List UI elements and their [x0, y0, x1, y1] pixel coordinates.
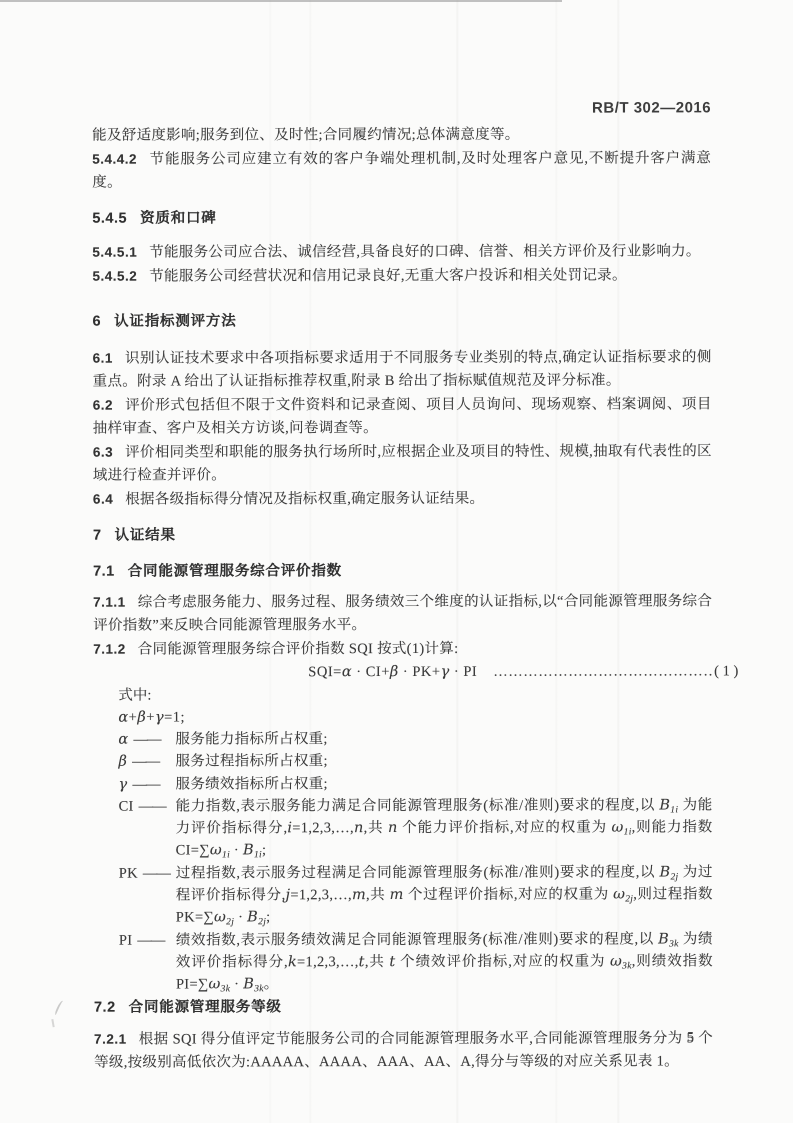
heading-number: 5.4.5 [92, 211, 127, 227]
term-dash: —— [143, 865, 170, 881]
page-number: 5 [687, 1030, 694, 1046]
definition-beta: β—— 服务过程指标所占权重; [118, 750, 712, 774]
formula-dot-leader: ……………………………………………… [493, 660, 714, 683]
paragraph-continuation: 能及舒适度影响;服务到位、及时性;合同履约情况;总体满意度等。 [92, 123, 711, 147]
scanned-document-page: RB/T 302—2016 能及舒适度影响;服务到位、及时性;合同履约情况;总体… [0, 0, 793, 1123]
definition-term: α—— [118, 729, 160, 751]
term-symbol: PK [119, 865, 138, 881]
clause-text: 识别认证技术要求中各项指标要求适用于不同服务专业类别的特点,确定认证指标要求的侧… [93, 349, 712, 389]
clause-text: 根据各级指标得分情况及指标权重,确定服务认证结果。 [125, 491, 484, 508]
heading-title: 合同能源管理服务等级 [129, 999, 282, 1015]
equation-number: ( 1 ) [714, 660, 738, 683]
term-dash: —— [139, 798, 166, 814]
clause-number: 5.4.5.2 [92, 269, 137, 284]
clause-6-1: 6.1识别认证技术要求中各项指标要求适用于不同服务专业类别的特点,确定认证指标要… [93, 345, 712, 393]
clause-text: 评价形式包括但不限于文件资料和记录查阅、项目人员询问、现场观察、档案调阅、项目抽… [93, 396, 712, 436]
heading-number: 6 [93, 314, 102, 330]
heading-7-2: 7.2合同能源管理服务等级 [94, 995, 713, 1019]
clause-7-1-2: 7.1.2合同能源管理服务综合评价指数 SQI 按式(1)计算: [93, 636, 712, 661]
term-dash: —— [132, 776, 159, 792]
clause-text: 综合考虑服务能力、服务过程、服务绩效三个维度的认证指标,以“合同能源管理服务综合… [93, 593, 712, 633]
definition-text: 服务绩效指标所占权重; [176, 776, 328, 792]
term-symbol: γ [119, 776, 128, 792]
term-symbol: CI [119, 798, 134, 814]
definition-text: 绩效指数,表示服务绩效满足合同能源管理服务(标准/准则)要求的程度,以 B3k … [176, 931, 713, 993]
clause-number: 6.1 [93, 351, 113, 366]
definition-text: 服务过程指标所占权重; [175, 753, 327, 769]
definition-pk: PK—— 过程指数,表示服务过程满足合同能源管理服务(标准/准则)要求的程度,以… [119, 861, 713, 929]
page-content: RB/T 302—2016 能及舒适度影响;服务到位、及时性;合同履约情况;总体… [92, 0, 713, 1074]
heading-7-1: 7.1合同能源管理服务综合评价指数 [93, 559, 712, 583]
term-symbol: β [118, 754, 127, 770]
term-symbol: α [118, 732, 128, 748]
clause-5-4-4-2: 5.4.4.2节能服务公司应建立有效的客户争端处理机制,及时处理客户意见,不断提… [92, 146, 711, 194]
heading-6: 6认证指标测评方法 [93, 309, 712, 333]
formula-1: SQI=α · CI+β · PK+γ · PI ………………………………………… [93, 660, 738, 684]
clause-number: 6.3 [93, 445, 113, 460]
definition-text: 服务能力指标所占权重; [175, 731, 327, 747]
clause-text: 节能服务公司经营状况和信用记录良好,无重大客户投诉和相关处罚记录。 [149, 268, 627, 285]
definition-term: β—— [118, 751, 159, 773]
clause-7-2-1: 7.2.1根据 SQI 得分值评定节能服务公司的合同能源管理服务水平,合同能源管… [94, 1026, 713, 1074]
heading-title: 资质和口碑 [140, 210, 217, 226]
clause-number: 7.1.2 [93, 642, 126, 657]
definition-ci: CI—— 能力指数,表示服务能力满足合同能源管理服务(标准/准则)要求的程度,以… [119, 794, 713, 862]
definition-term: γ—— [118, 773, 159, 795]
pencil-mark-artifact [51, 1019, 56, 1028]
clause-text: 节能服务公司应建立有效的客户争端处理机制,及时处理客户意见,不断提升客户满意度。 [92, 150, 711, 190]
where-label: 式中: [118, 683, 712, 706]
clause-number: 6.2 [93, 398, 113, 413]
heading-5-4-5: 5.4.5资质和口碑 [92, 206, 711, 230]
clause-number: 5.4.4.2 [92, 152, 137, 167]
definition-term: CI—— [119, 795, 166, 817]
formula-expression: SQI=α · CI+β · PK+γ · PI [308, 661, 477, 684]
definition-gamma: γ—— 服务绩效指标所占权重; [118, 772, 712, 796]
clause-number: 5.4.5.1 [92, 245, 137, 260]
doc-number-header: RB/T 302—2016 [92, 0, 711, 119]
heading-number: 7.1 [93, 564, 115, 580]
pencil-mark-artifact [54, 1000, 65, 1017]
definition-term: PI—— [119, 929, 165, 951]
heading-number: 7 [93, 528, 102, 544]
heading-title: 认证指标测评方法 [114, 313, 236, 329]
definition-pi: PI—— 绩效指数,表示服务绩效满足合同能源管理服务(标准/准则)要求的程度,以… [119, 928, 713, 996]
term-symbol: PI [119, 932, 133, 948]
clause-text: 评价相同类型和职能的服务执行场所时,应根据企业及项目的特性、规模,抽取有代表性的… [93, 443, 712, 483]
clause-5-4-5-1: 5.4.5.1节能服务公司应合法、诚信经营,具备良好的口碑、信誉、相关方评价及行… [92, 239, 711, 264]
clause-text: 节能服务公司应合法、诚信经营,具备良好的口碑、信誉、相关方评价及行业影响力。 [149, 243, 701, 260]
heading-number: 7.2 [94, 999, 116, 1015]
definition-term: PK—— [119, 862, 170, 884]
heading-title: 合同能源管理服务综合评价指数 [128, 563, 342, 579]
clause-6-3: 6.3评价相同类型和职能的服务执行场所时,应根据企业及项目的特性、规模,抽取有代… [93, 439, 712, 487]
definition-alpha: α—— 服务能力指标所占权重; [118, 727, 712, 751]
weights-constraint: α+β+γ=1; [118, 705, 712, 728]
term-dash: —— [132, 754, 159, 770]
clause-6-4: 6.4根据各级指标得分情况及指标权重,确定服务认证结果。 [93, 486, 712, 511]
definition-text: 能力指数,表示服务能力满足合同能源管理服务(标准/准则)要求的程度,以 B1i … [176, 797, 713, 859]
heading-7: 7认证结果 [93, 523, 712, 547]
clause-number: 7.2.1 [94, 1031, 127, 1046]
clause-number: 6.4 [93, 492, 113, 507]
clause-6-2: 6.2评价形式包括但不限于文件资料和记录查阅、项目人员询问、现场观察、档案调阅、… [93, 392, 712, 440]
clause-7-1-1: 7.1.1综合考虑服务能力、服务过程、服务绩效三个维度的认证指标,以“合同能源管… [93, 589, 712, 637]
heading-title: 认证结果 [115, 527, 176, 543]
clause-number: 7.1.1 [93, 595, 126, 610]
term-dash: —— [137, 932, 164, 948]
clause-text: 根据 SQI 得分值评定节能服务公司的合同能源管理服务水平,合同能源管理服务分为… [94, 1030, 713, 1070]
term-dash: —— [134, 732, 161, 748]
clause-5-4-5-2: 5.4.5.2节能服务公司经营状况和信用记录良好,无重大客户投诉和相关处罚记录。 [92, 263, 711, 288]
clause-text: 合同能源管理服务综合评价指数 SQI 按式(1)计算: [138, 641, 459, 658]
definition-text: 过程指数,表示服务过程满足合同能源管理服务(标准/准则)要求的程度,以 B2j … [176, 864, 713, 926]
